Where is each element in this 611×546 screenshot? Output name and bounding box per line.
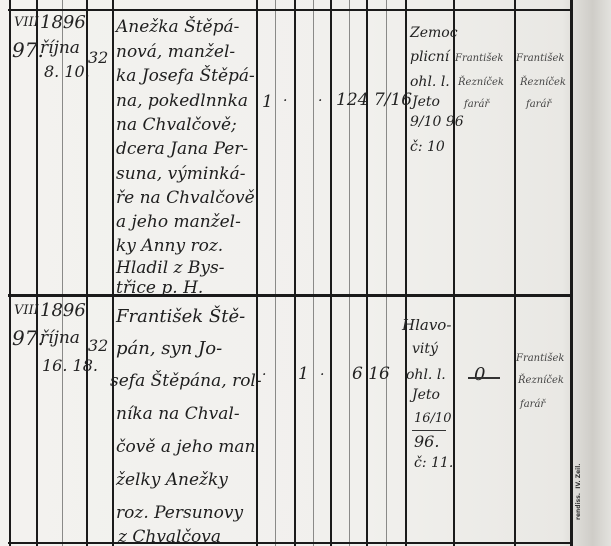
- cause-line: 96.: [414, 434, 439, 450]
- rule-line: [386, 0, 387, 546]
- rule-line: [9, 0, 11, 546]
- rule-line: [570, 0, 573, 546]
- signature-line: farář: [526, 100, 551, 110]
- signature-line: František: [516, 54, 564, 64]
- month: října: [40, 40, 80, 57]
- cause-line: Zemoc: [410, 26, 458, 40]
- signature-line: Řezníček: [458, 78, 504, 88]
- name-line: František Ště-: [116, 306, 245, 327]
- rule-line: [275, 0, 276, 546]
- name-line: dcera Jana Per-: [116, 139, 248, 159]
- signature-line: František: [455, 54, 503, 64]
- rule-line: [514, 0, 516, 546]
- name-line: na Chvalčově;: [116, 115, 237, 135]
- rule-line: [86, 0, 88, 546]
- col-a-value: ·: [262, 368, 266, 382]
- rule-line: [112, 0, 114, 546]
- row-divider: [8, 9, 573, 11]
- name-line: Anežka Štěpá-: [116, 17, 239, 37]
- name-line: Hladil z Bys-: [116, 258, 224, 278]
- signature-line: František: [516, 354, 564, 364]
- name-line: čově a jeho man: [116, 437, 256, 457]
- name-line: roz. Persunovy: [116, 503, 243, 523]
- name-line: ky Anny roz.: [116, 236, 223, 256]
- rule-line: [62, 0, 63, 546]
- signature-line: farář: [520, 400, 545, 410]
- house-number: 32: [88, 50, 108, 66]
- printed-text: rendiss.: [575, 493, 582, 520]
- burial-value: 0: [474, 366, 485, 384]
- cause-line: ohl. l.: [410, 75, 450, 89]
- name-line: nová, manžel-: [116, 42, 235, 62]
- register-page: VIII 97. 1896 října 8. 10. 32 Anežka Ště…: [0, 0, 611, 546]
- cause-line: vitý: [412, 342, 438, 356]
- row-divider: [8, 542, 573, 544]
- rule-line: [256, 0, 258, 546]
- col-b-value: 1: [298, 366, 309, 383]
- name-line: ře na Chvalčově: [116, 188, 255, 208]
- cause-line: Jeto: [412, 388, 440, 402]
- year: 1896: [40, 302, 86, 320]
- cause-line: Hlavo-: [402, 318, 451, 333]
- name-line: na, pokedlnnka: [116, 91, 248, 111]
- row-divider: [8, 294, 573, 297]
- name-line: ka Josefa Štěpá-: [116, 66, 255, 86]
- printed-text: IV. Zeil.: [575, 463, 582, 488]
- signature-line: farář: [464, 100, 489, 110]
- rule-line: [330, 0, 332, 546]
- days: 16. 18.: [42, 358, 98, 374]
- name-line: pán, syn Jo-: [116, 338, 222, 359]
- name-line: níka na Chval-: [116, 404, 240, 424]
- rule-line: [405, 0, 407, 546]
- name-line: suna, výminká-: [116, 164, 245, 184]
- rule-line: [349, 0, 350, 546]
- month: října: [40, 330, 80, 347]
- cause-line: ohl. l.: [406, 368, 446, 382]
- col-b-value: ·: [283, 94, 287, 108]
- rule-line: [453, 0, 455, 546]
- signature-line: Řezníček: [518, 376, 564, 386]
- age: 124 7/16: [336, 92, 412, 109]
- cause-line: Jeto: [412, 95, 440, 109]
- cause-line: 16/10: [414, 412, 451, 425]
- fraction-bar: [412, 430, 446, 431]
- house-number: 32: [88, 338, 108, 354]
- cause-line: č: 10: [410, 140, 445, 154]
- name-line: třice p. H.: [116, 278, 203, 298]
- rule-line: [313, 0, 314, 546]
- name-line: sefa Štěpána, rol-: [110, 371, 262, 391]
- col-c-value: ·: [320, 368, 324, 382]
- cause-line: plicní: [410, 50, 449, 64]
- folio-number: VIII: [14, 16, 39, 29]
- cause-line: 9/10 96: [410, 115, 464, 129]
- cause-line: č: 11.: [414, 456, 453, 470]
- age: 6 16: [352, 366, 390, 383]
- rule-line: [294, 0, 296, 546]
- burial-dash: [468, 377, 500, 379]
- folio-number: VIII: [14, 304, 39, 317]
- col-c-value: ·: [318, 94, 322, 108]
- col-a-value: 1: [262, 94, 273, 111]
- signature-line: Řezníček: [520, 78, 566, 88]
- year: 1896: [40, 14, 86, 32]
- name-line: a jeho manžel-: [116, 212, 241, 232]
- rule-line: [36, 0, 38, 546]
- name-line: z Chvalčova: [118, 527, 221, 546]
- name-line: želky Anežky: [116, 470, 228, 490]
- days: 8. 10.: [44, 64, 90, 80]
- rule-line: [366, 0, 368, 546]
- printed-margin-note: rendiss. IV. Zeil.: [575, 463, 582, 520]
